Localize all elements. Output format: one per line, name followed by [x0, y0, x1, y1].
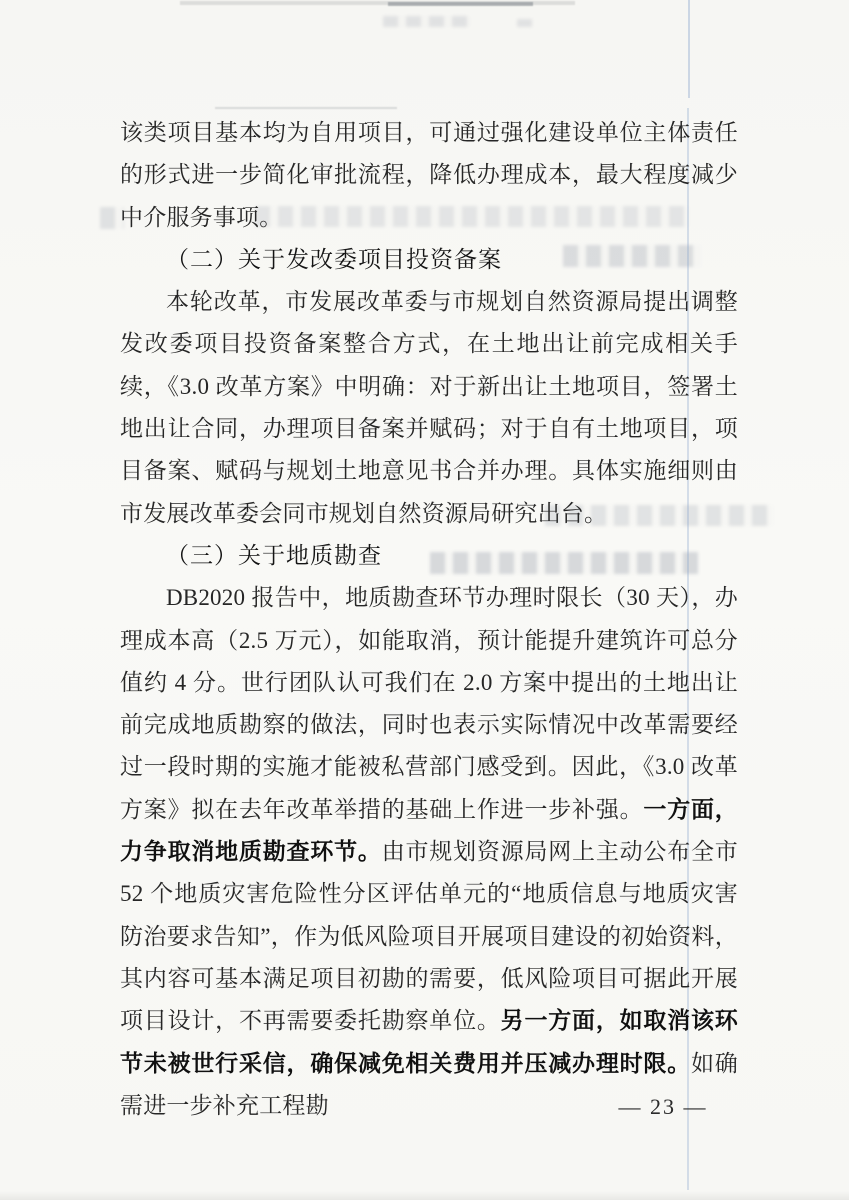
scanned-document-page: 该类项目基本均为自用项目，可通过强化建设单位主体责任的形式进一步简化审批流程，降… [0, 0, 849, 1200]
scan-vertical-line-top [688, 0, 690, 98]
scan-edge-streak-dark [388, 2, 533, 6]
scan-bottom-shadow [0, 1191, 849, 1200]
section-3-paragraph: DB2020 报告中，地质勘查环节办理时限长（30 天），办理成本高（2.5 万… [120, 577, 738, 1127]
scan-faint-line [215, 107, 397, 109]
text-segment: 由市规划资源局网上主动公布全市 52 个地质灾害危险性分区评估单元的“地质信息与… [120, 839, 738, 1033]
continuation-paragraph: 该类项目基本均为自用项目，可通过强化建设单位主体责任的形式进一步简化审批流程，降… [120, 112, 738, 239]
page-number: — 23 — [618, 1094, 708, 1120]
section-2-paragraph: 本轮改革，市发展改革委与市规划自然资源局提出调整发改委项目投资备案整合方式，在土… [120, 281, 738, 535]
section-heading-3: （三）关于地质勘查 [120, 535, 738, 577]
bleedthrough-smudge-top [383, 16, 471, 27]
document-body: 该类项目基本均为自用项目，可通过强化建设单位主体责任的形式进一步简化审批流程，降… [120, 112, 738, 1127]
text-segment: DB2020 报告中，地质勘查环节办理时限长（30 天），办理成本高（2.5 万… [120, 585, 738, 821]
section-heading-2: （二）关于发改委项目投资备案 [120, 239, 738, 281]
bleedthrough-smudge-dot [517, 19, 533, 27]
